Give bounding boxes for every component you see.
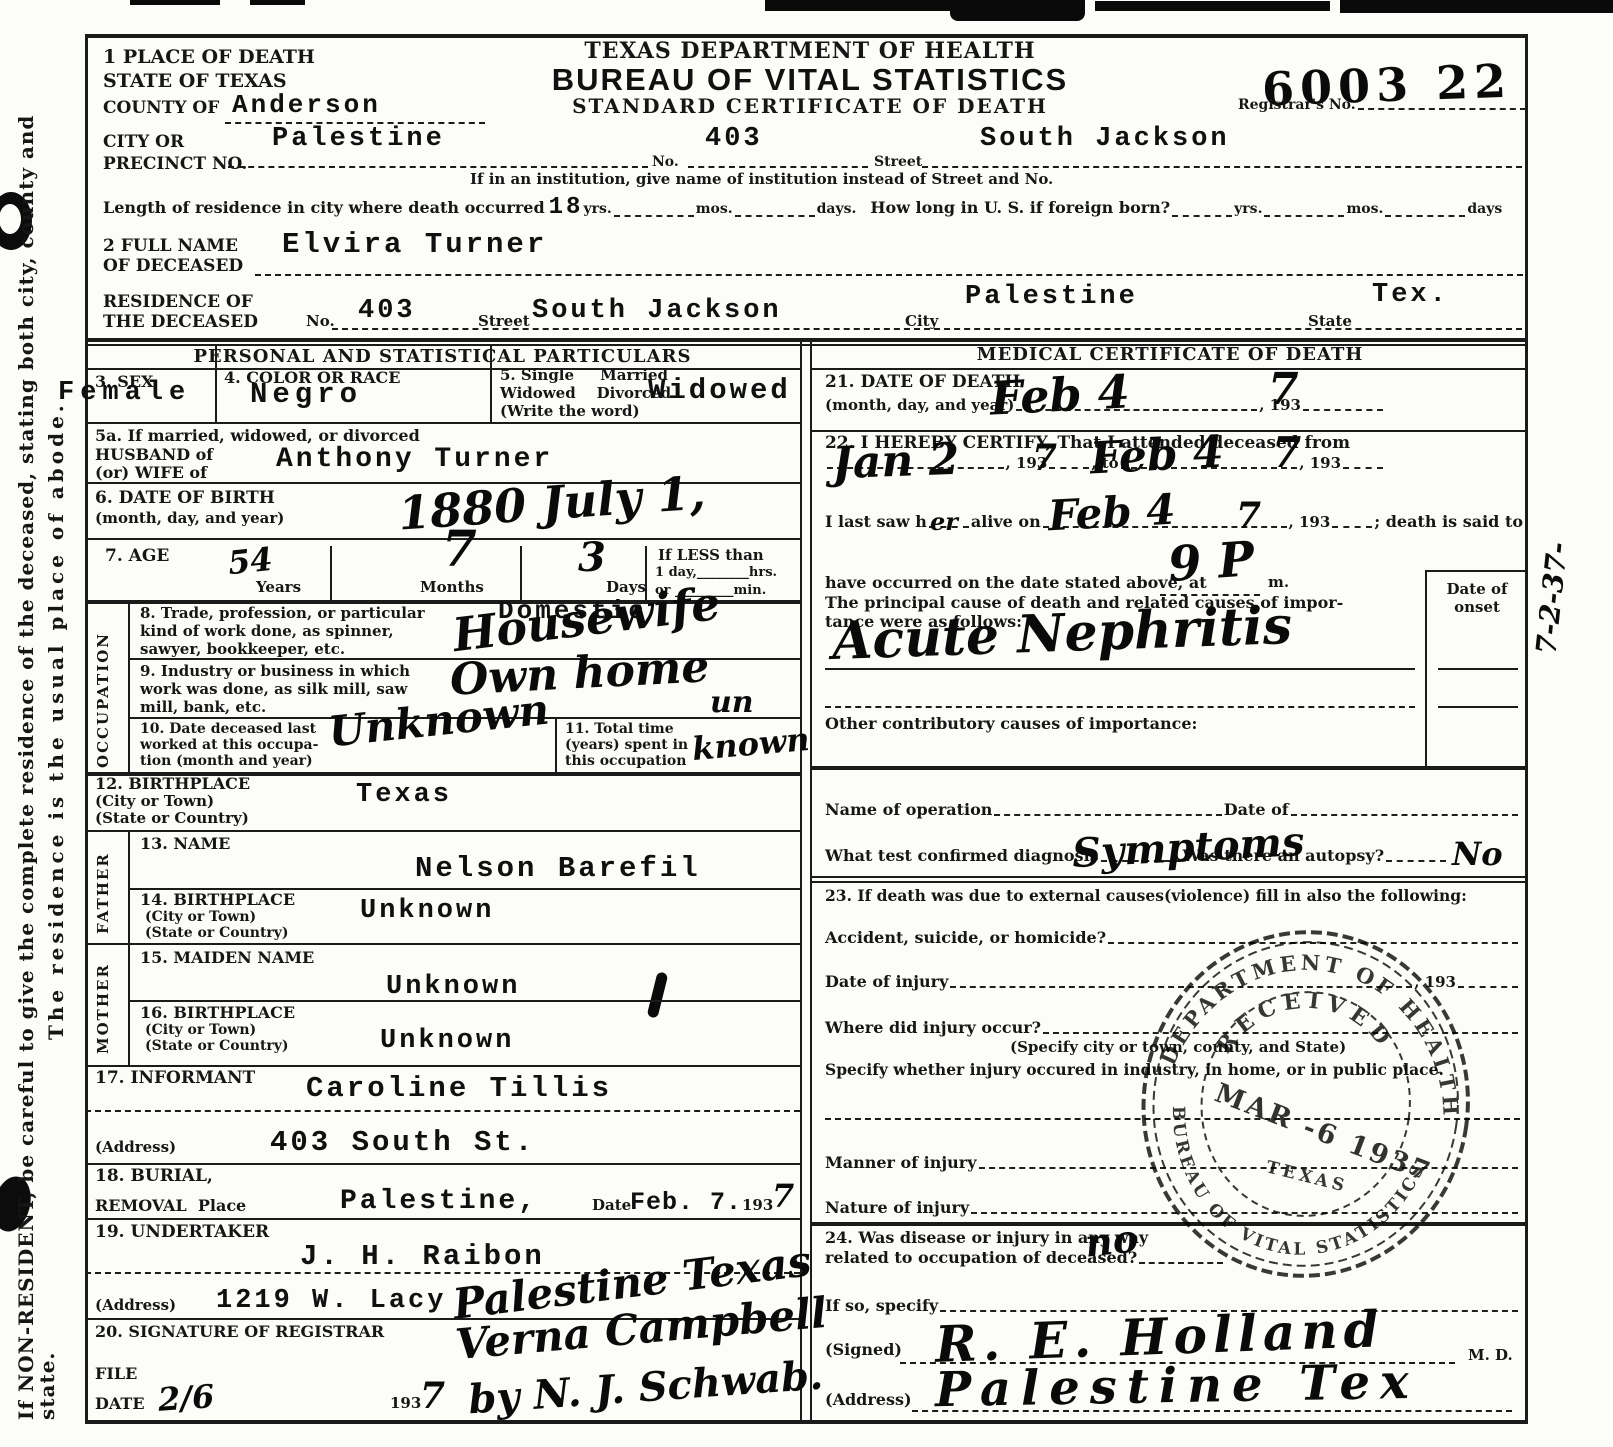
burial-year-handwritten: 7: [772, 1180, 794, 1212]
last-saw-er-handwritten: er: [930, 510, 958, 534]
last-saw-label-1: I last saw h: [825, 514, 927, 531]
city-value: Palestine: [272, 126, 445, 153]
age-less-label-1: If LESS than: [658, 548, 764, 564]
trade-label-1: 8. Trade, profession, or particular: [140, 606, 425, 622]
residence-city-value: Palestine: [965, 284, 1138, 311]
last-worked-label-2: worked at this occupa-: [140, 738, 318, 753]
attended-to-handwritten: Feb 4: [1089, 431, 1225, 482]
father-name-value: Nelson Barefil: [415, 854, 701, 883]
received-stamp: DEPARTMENT OF HEALTH BUREAU OF VITAL STA…: [1105, 899, 1508, 1305]
undertaker-value: J. H. Raibon: [300, 1242, 545, 1271]
blank-line: [735, 213, 815, 217]
marital-value: Widowed: [648, 376, 791, 405]
total-time-handwritten-b: known: [691, 723, 811, 765]
birthplace-value: Texas: [356, 782, 452, 809]
cause-blank-line-2: [825, 706, 1415, 708]
onset-cell-line-2: [1438, 706, 1518, 708]
trade-label-2: kind of work done, as spinner,: [140, 624, 394, 640]
registrar-blank-line: [1358, 106, 1526, 110]
blank-line: [1291, 812, 1518, 816]
age-months-handwritten: 7: [442, 524, 477, 574]
last-saw-label-3: ; death is said to: [1374, 514, 1523, 531]
county-value: Anderson: [232, 92, 381, 118]
last-saw-year-handwritten: 7: [1236, 498, 1261, 534]
informant-label: 17. INFORMANT: [95, 1070, 255, 1088]
q10-q11-divider: [555, 717, 557, 772]
place-of-death-label: 1 PLACE OF DEATH: [103, 48, 315, 68]
age-divider: [330, 546, 332, 600]
removal-place-label: REMOVAL Place: [95, 1198, 246, 1215]
attended-year1-handwritten: 7: [1032, 440, 1057, 476]
marital-write-word-label: (Write the word): [500, 404, 640, 420]
section-divider-top: [85, 338, 1525, 342]
external-causes-label: 23. If death was due to external causes(…: [825, 888, 1467, 904]
blank-line: [994, 812, 1221, 816]
bureau-title: BUREAU OF VITAL STATISTICS: [520, 62, 1100, 98]
scan-artifact-bar: [1095, 1, 1330, 11]
scan-artifact-bar: [130, 0, 220, 5]
informant-address-label: (Address): [95, 1140, 176, 1156]
residence-label-2: THE DECEASED: [103, 314, 258, 332]
last-saw-label-2: alive on: [971, 514, 1041, 531]
attended-year2-handwritten: 7: [1272, 432, 1301, 474]
sex-value: Female: [58, 380, 191, 407]
sex-race-divider: [215, 344, 217, 422]
burial-date-value: Feb. 7.: [630, 1190, 742, 1215]
scan-artifact-bar: [1340, 0, 1613, 13]
margin-instruction-inner: The residence is the usual place of abod…: [46, 220, 67, 1040]
burial-year-pre: 193: [742, 1198, 773, 1214]
row-divider: [812, 766, 1525, 770]
age-label: 7. AGE: [105, 548, 169, 566]
registrar-number-row: Registrar's No.: [1238, 98, 1528, 113]
age-days-handwritten: 3: [578, 538, 606, 578]
row-divider: [85, 422, 800, 424]
row-divider: [85, 830, 800, 832]
mother-group-divider: [128, 943, 130, 1065]
medical-title-underline: [812, 368, 1525, 370]
physician-address-label: (Address): [825, 1392, 912, 1409]
residence-state-value: Tex.: [1372, 282, 1449, 309]
county-label: COUNTY OF: [103, 100, 219, 118]
blank-line: [1332, 524, 1372, 528]
maiden-name-value: Unknown: [386, 974, 520, 1001]
file-year-pre: 193: [390, 1396, 421, 1412]
spouse-value: Anthony Turner: [276, 446, 553, 474]
last-worked-label-3: tion (month and year): [140, 754, 313, 769]
row-divider: [85, 943, 800, 945]
total-time-handwritten-a: un: [710, 688, 754, 718]
dob-label-2: (month, day, and year): [95, 511, 284, 527]
occurred-label: have occurred on the date stated above, …: [825, 575, 1207, 592]
medical-section-title: MEDICAL CERTIFICATE OF DEATH: [812, 346, 1528, 365]
last-worked-label-1: 10. Date deceased last: [140, 722, 316, 737]
residence-label-1: RESIDENCE OF: [103, 294, 253, 312]
border-bottom: [85, 1420, 1528, 1424]
scan-artifact-bar: [250, 0, 305, 5]
ink-blot-mark: [647, 971, 669, 1018]
marital-options-line-1: 5. Single Married: [500, 368, 668, 384]
burial-place-value: Palestine,: [340, 1188, 538, 1216]
blank-line: [1172, 213, 1232, 217]
test-label: What test confirmed diagnosis: [825, 848, 1099, 865]
personal-section-title: PERSONAL AND STATISTICAL PARTICULARS: [85, 348, 800, 367]
row-divider: [812, 881, 1525, 883]
days-label: days.: [817, 202, 857, 217]
stamp-outer-ring-2: [1133, 922, 1479, 1285]
row-divider: [85, 1218, 800, 1220]
race-value: Negro: [250, 380, 362, 409]
file-label: FILE: [95, 1366, 137, 1383]
stamp-text-department: DEPARTMENT OF HEALTH: [1152, 929, 1484, 1123]
injury-where-label: Where did injury occur?: [825, 1020, 1041, 1037]
house-number-value: 403: [705, 126, 763, 153]
certificate-title: STANDARD CERTIFICATE OF DEATH: [540, 96, 1080, 117]
attended-from-handwritten: Jan 2: [831, 438, 960, 486]
onset-cell-line: [1438, 668, 1518, 670]
precinct-blank-line: [228, 166, 648, 168]
residence-blank-line: [332, 328, 1522, 330]
accident-label: Accident, suicide, or homicide?: [825, 930, 1106, 947]
operation-row: Name of operation Date of: [825, 802, 1520, 819]
father-birthplace-label-1: 14. BIRTHPLACE: [140, 892, 295, 909]
date-of-death-handwritten: Feb 4: [989, 368, 1131, 421]
total-time-label-1: 11. Total time: [565, 722, 674, 737]
spouse-label-1: 5a. If married, widowed, or divorced: [95, 428, 420, 445]
residence-no-label: No.: [306, 314, 335, 330]
father-birthplace-label-3: (State or Country): [145, 926, 289, 941]
file-year-handwritten: 7: [420, 1378, 445, 1414]
mother-birthplace-label-1: 16. BIRTHPLACE: [140, 1005, 295, 1022]
test-handwritten: Symptoms: [1071, 822, 1305, 874]
mos2-label: mos.: [1346, 202, 1383, 217]
last-saw-date-handwritten: Feb 4: [1047, 489, 1176, 538]
filed-by-handwritten: by N. J. Schwab.: [467, 1356, 824, 1421]
mother-birthplace-label-3: (State or Country): [145, 1039, 289, 1054]
onset-box-top: [1425, 570, 1525, 572]
border-left: [85, 34, 88, 1424]
age-months-label: Months: [420, 580, 484, 596]
father-birthplace-label-2: (City or Town): [145, 910, 256, 925]
informant-value: Caroline Tillis: [306, 1074, 612, 1103]
race-marital-divider: [490, 344, 492, 422]
birthplace-label-2: (City or Town): [95, 794, 214, 810]
father-birthplace-value: Unknown: [360, 898, 494, 925]
operation-label: Name of operation: [825, 802, 992, 819]
foreign-born-label: How long in U. S. if foreign born?: [870, 200, 1170, 217]
date-of-death-sub-label: (month, day, and year): [825, 398, 1014, 414]
burial-label: 18. BURIAL,: [95, 1168, 213, 1186]
informant-address-value: 403 South St.: [270, 1128, 535, 1157]
row-divider: [812, 876, 1525, 878]
dob-label-1: 6. DATE OF BIRTH: [95, 490, 275, 508]
yrs-label: yrs.: [583, 202, 611, 217]
residence-no-value: 403: [358, 298, 416, 325]
institution-note: If in an institution, give name of insti…: [470, 172, 1053, 188]
department-title: TEXAS DEPARTMENT OF HEALTH: [540, 40, 1080, 63]
undertaker-address-label: (Address): [95, 1298, 176, 1314]
date-of-death-year-handwritten: 7: [1268, 368, 1299, 412]
physician-address-handwritten: Palestine Tex: [935, 1358, 1419, 1414]
signed-label: (Signed): [825, 1342, 902, 1359]
blank-line: [1303, 407, 1383, 411]
occurred-m-label: m.: [1268, 575, 1289, 591]
street-value: South Jackson: [980, 126, 1230, 153]
marital-options-line-2: Widowed Divorced: [500, 386, 671, 402]
personal-title-underline: [85, 368, 800, 370]
age-years-handwritten: 54: [226, 543, 274, 579]
contributory-label: Other contributory causes of importance:: [825, 716, 1197, 733]
length-value: 18: [549, 196, 584, 220]
full-name-label-2: OF DECEASED: [103, 258, 243, 276]
last-worked-handwritten-value: Unknown: [326, 689, 551, 754]
onset-box-divider: [1425, 570, 1427, 766]
total-time-label-2: (years) spent in: [565, 738, 688, 753]
full-name-label-1: 2 FULL NAME: [103, 238, 238, 256]
blank-line: [614, 213, 694, 217]
residence-street-value: South Jackson: [532, 298, 782, 325]
age-years-label: Years: [256, 580, 301, 596]
cause-underline: [825, 668, 1415, 670]
state-of-texas-label: STATE OF TEXAS: [103, 72, 287, 92]
injury-date-label: Date of injury: [825, 974, 948, 991]
days2-label: days: [1467, 202, 1502, 217]
age-divider: [520, 546, 522, 600]
industry-label-3: mill, bank, etc.: [140, 700, 266, 716]
yrs2-label: yrs.: [1234, 202, 1262, 217]
onset-label-2: onset: [1432, 600, 1522, 616]
row-divider: [128, 1000, 800, 1002]
mos-label: mos.: [696, 202, 733, 217]
scan-artifact-bar: [950, 0, 1085, 21]
md-label: M. D.: [1468, 1348, 1513, 1364]
row-divider: [85, 1163, 800, 1165]
spouse-label-3: (or) WIFE of: [95, 465, 207, 482]
mother-birthplace-label-2: (City or Town): [145, 1023, 256, 1038]
trade-label-3: sawyer, bookkeeper, etc.: [140, 642, 345, 658]
residence-length-row: Length of residence in city where death …: [103, 196, 1523, 220]
blank-line: [1385, 213, 1465, 217]
industry-label-1: 9. Industry or business in which: [140, 664, 410, 680]
city-or-label: CITY OR: [103, 134, 184, 152]
no-label: No.: [652, 155, 679, 170]
border-right: [1525, 34, 1528, 1424]
mother-birthplace-value: Unknown: [380, 1028, 514, 1055]
undertaker-label: 19. UNDERTAKER: [95, 1224, 269, 1242]
nature-label: Nature of injury: [825, 1200, 969, 1217]
length-label: Length of residence in city where death …: [103, 200, 545, 217]
blank-line: [1386, 858, 1446, 862]
file-date-handwritten: 2/6: [157, 1380, 215, 1416]
father-name-label: 13. NAME: [140, 836, 230, 853]
undertaker-address-value: 1219 W. Lacy: [216, 1288, 446, 1315]
if-so-specify-label: If so, specify: [825, 1298, 938, 1315]
row-divider-dashed: [85, 1110, 800, 1112]
manner-label: Manner of injury: [825, 1155, 977, 1172]
maiden-name-label: 15. MAIDEN NAME: [140, 950, 314, 967]
street-label: Street: [874, 155, 922, 170]
cause-of-death-handwritten: Acute Nephritis: [831, 600, 1293, 668]
precinct-label: PRECINCT NO.: [103, 156, 247, 174]
father-side-label: FATHER: [96, 842, 112, 934]
operation-date-label: Date of: [1224, 802, 1289, 819]
registrar-label: Registrar's No.: [1238, 98, 1356, 113]
death-certificate-scan: If NON-RESIDENT, be careful to give the …: [0, 0, 1613, 1447]
occupation-side-label: OCCUPATION: [96, 608, 112, 768]
burial-date-label: Date: [592, 1198, 631, 1214]
full-name-value: Elvira Turner: [282, 230, 547, 259]
onset-label-1: Date of: [1432, 582, 1522, 598]
street-blank-line: [922, 166, 1522, 168]
mother-side-label: MOTHER: [96, 958, 112, 1054]
no-blank-line: [688, 166, 868, 168]
occupation-group-divider: [128, 600, 130, 772]
industry-label-2: work was done, as silk mill, saw: [140, 682, 407, 698]
blank-line: [1264, 213, 1344, 217]
margin-handwritten-note: 7-2-37-: [1533, 414, 1586, 656]
blank-line: [1343, 465, 1383, 469]
attended-year2-pre: , 193: [1299, 456, 1341, 472]
occurred-time-handwritten: 9 P: [1166, 535, 1255, 589]
birthplace-label-3: (State or Country): [95, 811, 249, 827]
stamp-text-texas: TEXAS: [1264, 1157, 1350, 1197]
last-saw-year-pre: , 193: [1289, 515, 1331, 531]
spouse-label-2: HUSBAND of: [95, 447, 213, 464]
row-divider: [85, 1065, 800, 1067]
registrar-signature-label: 20. SIGNATURE OF REGISTRAR: [95, 1324, 384, 1341]
autopsy-handwritten: No: [1452, 838, 1503, 870]
birthplace-label-1: 12. BIRTHPLACE: [95, 776, 250, 793]
total-time-label-3: this occupation: [565, 754, 686, 769]
file-date-label: DATE: [95, 1396, 145, 1413]
full-name-blank-line: [255, 274, 1523, 276]
father-group-divider: [128, 830, 130, 943]
